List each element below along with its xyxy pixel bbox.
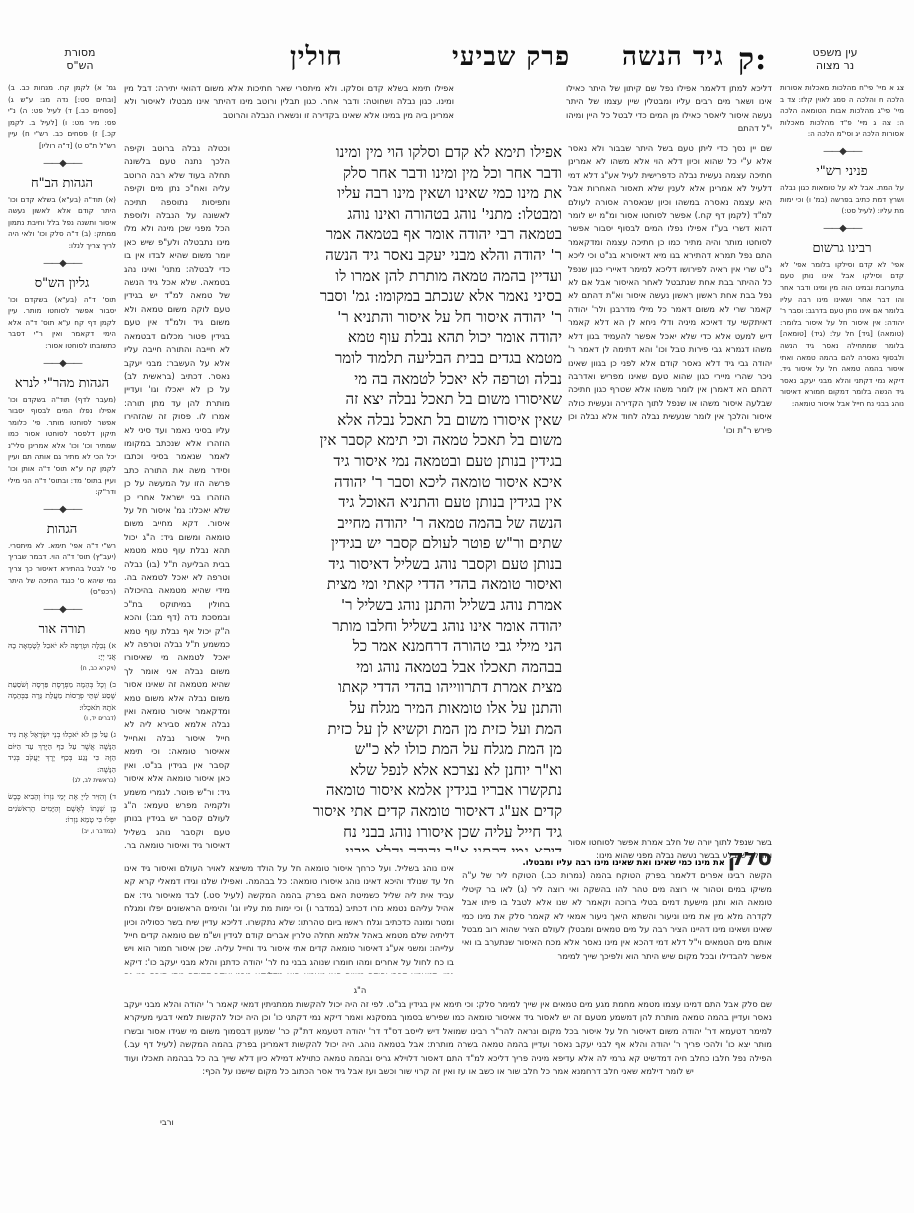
divider-ornament: ——◆—— [780,146,904,157]
dibbur-rest: את מינו כמי שאינו ואת שאינו מינו רבה עלי… [523,857,725,867]
gemara-line: בטמאה רבי יהודה אומר אף בטמאה אמר [236,224,562,245]
torah-or-verse: ד) וְהִזִּיר לַייָ אֶת יְמֵי נִזְרוֹ וְה… [8,791,116,837]
verse-source: (במדבר ו, יב) [8,826,116,838]
hagahot-maharei-title: הגהות מהר"י לנרא [8,375,116,391]
gemara-line: דיקא נמי דקתני א"ר יהודה והלא מבני [236,842,562,852]
hg-marker: ה"ג [330,984,390,998]
gemara-line: ומבטלו: מתני' נוהג בטהורה ואינו נוהג [236,204,562,225]
divider-ornament: ——◆—— [8,258,116,269]
gemara-line: אין בגידין בנותן טעם והתניא האוכל גיד [236,492,562,513]
verse-text: ג) עַל כֵּן לֹא יֹאכְלוּ בְנֵי יִשְׂרָאֵ… [8,729,116,775]
rabbeinu-gershom-title: רבינו גרשום [780,240,904,256]
hagahot-habach-title: הגהות הב"ח [8,175,116,191]
label-line: הש"ס [40,59,120,72]
gemara-line: גיד חייל עליה שכן איסורו נוהג בבני נח [236,822,562,843]
gemara-line: וא"ר יוחנן לא נצרכא אלא לנפל שלא [236,760,562,781]
gemara-line: יהודה אומר יכול תהא נבלת עוף טמא [236,327,562,348]
gemara-line: משום בל תאכל טמאה וכי תימא קסבר אין [236,430,562,451]
tosafot-text: הקשה רבינו אפרים דלאמר בפרק הטוקח בהמה (… [462,869,772,963]
chapter-name: גיד הנשה [622,42,724,72]
gemara-line: בנותן טעם וקסבר נוהג בשליל דאיסור גיד [236,554,562,575]
right-margin: צג א מיי' פי"ח מהלכות מאכלות אסורות הלכה… [780,82,904,542]
folio-number: ק: [738,42,767,77]
torah-or-verse: א) נְבֵלָה וּטְרֵפָה לֹא יֹאכַל לְטָמְאָ… [8,640,116,675]
verse-text: א) נְבֵלָה וּטְרֵפָה לֹא יֹאכַל לְטָמְאָ… [8,640,116,663]
perek-number: פרק שביעי [452,42,570,72]
tractate-name: חולין [290,42,343,72]
rashi-body: שם יין נסך כדי ליתן טעם בשל היתר שבבור ו… [568,142,772,837]
masoret-hashas-label: מסורת הש"ס [40,46,120,72]
gemara-line: אפילו תימא לא קדם וסלקו הוי מין ומינו [236,142,562,163]
gemara-line: מצית אמרת דתרווייהו בהדי הדדי קאתו [236,677,562,698]
torah-or-verse: ג) עַל כֵּן לֹא יֹאכְלוּ בְנֵי יִשְׂרָאֵ… [8,729,116,787]
left-margin: גמ' א) לקמן קח. מנחות כב. ב) [ובחים סט:]… [8,82,116,1002]
verse-source: (ויקרא כב, ח) [8,663,116,675]
gemara-line: בגידין בנותן טעם ובטמאה נמי איסור גיד [236,451,562,472]
torah-or-verse: ב) וְכָל בְּהֵמָה מַפְרֶסֶת פַּרְסָה וְש… [8,679,116,725]
gemara-line: ר' יהודה איסור חל על איסור והתניא ר' [236,307,562,328]
rashi-intro: דליכא למתן דלאמר אפילו נפל שם קיתון של ה… [566,82,772,142]
gemara-line: בסיני נאמר אלא שנכתב במקומו: גמ' וסבר [236,286,562,307]
gemara-line: איכא איסור טומאה ליכא וסבר ר' יהודה [236,472,562,493]
gemara-line: יהודה אומר אינו נוהג בשליל וחלבו מותר [236,616,562,637]
gemara-line: את מינו כמי שאינו ושאין מינו רבה עליו [236,183,562,204]
dibbur-hamatchil: סלק [728,852,772,871]
gemara-line: נבלה וטרפה לא יאכל לטמאה בה מי [236,369,562,390]
gemara-line: ר' יהודה והלא מבני יעקב נאסר גיד הנשה [236,245,562,266]
gemara-line: מן המת מגלח על המת כולו לא כ"ש [236,739,562,760]
tosafot-bottom-block: סלק את מינו כמי שאינו ואת שאינו מינו רבה… [462,852,772,980]
rabbeinu-gershom-text: אפי' לא קדם וסילקו בלומר אפי' לא קדם וסי… [780,259,904,410]
gemara-line: והתנן על אלו טומאות המיר מגלח על [236,698,562,719]
gilyon-hashas-title: גליון הש"ס [8,275,116,291]
gemara-text: אפילו תימא לא קדם וסלקו הוי מין ומינו וד… [236,142,562,852]
gemara-line: ודבר אחר וכל מין ומינו ודבר אחר סלק [236,163,562,184]
page-header: מסורת הש"ס חולין פרק שביעי גיד הנשה ק: ע… [0,40,914,80]
torah-or-title: תורה אור [8,621,116,637]
gilyon-hashas-text: תוס' ד"ה (בע"א) בשקדם וכו' יסבור אפשר לס… [8,294,116,352]
ein-mishpat-text: צג א מיי' פי"ח מהלכות מאכלות אסורות הלכה… [780,82,904,140]
gemara-line: אמרת נוהג בשליל והתנן נוהג בשליל ר' [236,595,562,616]
pninei-rashi-title: פניני רש"י [780,163,904,179]
gemara-line: נתקשרו אבריו בגידין אלמא איסור טומאה [236,780,562,801]
gemara-line: שתים ור"ש פוטר לעולם קסבר יש בגידין [236,533,562,554]
pninei-rashi-text: על המת. אבל לא על טומאות כגון נבלה ושרץ … [780,182,904,217]
divider-ornament: ——◆—— [780,223,904,234]
label-line: עין משפט [790,46,880,59]
gemara-line: ואיסור טומאה בהדי הדדי קאתי ומי מצית [236,574,562,595]
hagahot-title: הגהות [8,521,116,537]
divider-ornament: ——◆—— [8,358,116,369]
gemara-line: ועדיין בהמה טמאה מותרת להן אמרו לו [236,266,562,287]
verse-text: ב) וְכָל בְּהֵמָה מַפְרֶסֶת פַּרְסָה וְש… [8,679,116,714]
gemara-line: בבהמה תאכלו אבל בטמאה נוהג ומי [236,657,562,678]
verse-text: ד) וְהִזִּיר לַייָ אֶת יְמֵי נִזְרוֹ וְה… [8,791,116,826]
tosafot-intro: אפילו תימא בשלא קדם וסלקו. ולא מיתסרי שא… [124,82,454,142]
left-commentary-lower: אינו נוהג בשליל. ועל כרחך איסור טומאה חל… [124,862,454,974]
left-commentary-body: וכטלה נבלה ברוטב וקיפה הלכך נתנה טעם בלש… [124,142,230,854]
hagahot-text: רש"י ד"ה אפי' תימא. לא מיתסרי. (יעב"ץ) ת… [8,540,116,598]
verse-source: (בראשית לב, לג) [8,775,116,787]
gemara-line: מטמא בגדים בבית הבליעה תלמוד לומר [236,348,562,369]
hagahot-habach-text: (א) תוד"ה (בע"א) בשלא קדם וכו' היתר קודם… [8,194,116,252]
bottom-full-width-commentary: שם סלק אבל התם דמינו עצמו מטמא מחמת מגע … [124,998,772,1098]
gemara-line: הני מילי גבי טהורה דרחמנא אמר כל [236,636,562,657]
label-line: מסורת [40,46,120,59]
divider-ornament: ——◆—— [8,604,116,615]
ein-mishpat-label: עין משפט נר מצוה [790,46,880,72]
divider-ornament: ——◆—— [8,158,116,169]
masoret-hashas-text: גמ' א) לקמן קח. מנחות כב. ב) [ובחים סט:]… [8,82,116,152]
gemara-line: שאין איסורו משום בל תאכל נבלה אלא [236,410,562,431]
hagahot-maharei-text: (מעבר לדף) תוד"ה בשקדם וכו' אפילו נפלו ה… [8,394,116,498]
label-line: נר מצוה [790,59,880,72]
divider-ornament: ——◆—— [8,504,116,515]
gemara-line: המת ועל כזית מן המת וקשיא לן על כזית [236,719,562,740]
gemara-line: הנשה של בהמה טמאה ר' יהודה מחייב [236,513,562,534]
tosafot-heading: סלק את מינו כמי שאינו ואת שאינו מינו רבה… [462,852,772,869]
page-catchword: ורבי [160,1116,200,1130]
verse-source: (דברים יד, ו) [8,713,116,725]
gemara-line: קדים אע"ג דאיסור טומאה קדים אתי איסור [236,801,562,822]
gemara-line: שאיסורו משום בל תאכל נבלה יצא זה [236,389,562,410]
